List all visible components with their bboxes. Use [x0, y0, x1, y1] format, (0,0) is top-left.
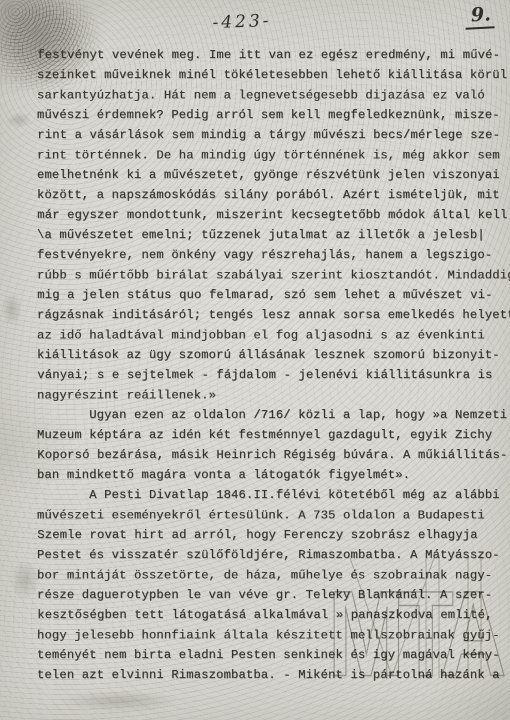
- text-line: teményét nem birta eladni Pesten senkine…: [37, 645, 509, 665]
- typewritten-text: festvényt vevének meg. Ime itt van ez eg…: [37, 45, 509, 685]
- text-line: kesztőségben tett látogatásá alkalmával …: [37, 605, 509, 625]
- text-line: művészeti eseményekről értesülünk. A 735…: [37, 505, 509, 525]
- text-line: telen azt elvinni Rimaszombatba. - Mikén…: [37, 665, 509, 685]
- text-line: Ugyan ezen az oldalon /716/ közli a lap,…: [37, 405, 509, 425]
- text-line: már egyszer mondottunk, miszerint kecseg…: [37, 205, 509, 225]
- scan-smudge: [2, 292, 22, 326]
- text-line: \a művészetet emelni; tűzzenek jutalmat …: [37, 225, 509, 245]
- text-line: nagyrészint reáillenek.»: [37, 385, 509, 405]
- text-line: emelhetnénk ki a művészetet, gyönge rész…: [37, 165, 509, 185]
- text-line: rint a vásárlások sem mindig a tárgy műv…: [37, 125, 509, 145]
- text-line: művészi érdemnek? Pedig arról sem kell m…: [37, 105, 509, 125]
- text-line: kiállitások az ügy szomorú állásának les…: [37, 345, 509, 365]
- text-line: A Pesti Divatlap 1846.II.félévi kötetébő…: [37, 485, 509, 505]
- text-line: festvényekre, nem önkény vagy részrehajl…: [37, 245, 509, 265]
- text-line: az idő haladtával mindjobban el fog alja…: [37, 325, 509, 345]
- text-line: rint történnek. De ha mindig úgy történn…: [37, 145, 509, 165]
- page-number-handwritten: 9.: [465, 3, 495, 29]
- text-line: Szemle rovat hirt ad arról, hogy Ferencz…: [37, 525, 509, 545]
- text-line: bor mintáját összetörte, de háza, műhely…: [37, 565, 509, 585]
- text-line: mig a jelen státus quo felmarad, szó sem…: [37, 285, 509, 305]
- text-line: rúbb s műértőbb birálat szabályai szerin…: [37, 265, 509, 285]
- text-line: ban mindkettő magára vonta a látogatók f…: [37, 465, 509, 485]
- page-number-center: -423-: [182, 10, 303, 34]
- scan-smudge: [60, 690, 180, 712]
- text-line: rágzásnak inditásáról; tengés lesz annak…: [37, 305, 509, 325]
- text-line: sarkantyúzhatja. Hát nem a legnevetséges…: [37, 85, 509, 105]
- text-line: Muzeum képtára az idén két festménnyel g…: [37, 425, 509, 445]
- text-line: része daguerotypben le van véve gr. Tele…: [37, 585, 509, 605]
- text-line: szeinket műveiknek minél tökéletesebben …: [37, 65, 509, 85]
- text-line: ványai; s e sejtelmek - fájdalom - jelen…: [37, 365, 509, 385]
- text-line: hogy jelesebb honnfiaink általa készitet…: [37, 625, 509, 645]
- text-line: Koporsó bezárása, másik Heinrich Régiség…: [37, 445, 509, 465]
- scan-smudge: [6, 112, 32, 128]
- scanned-document-page: -423- 9. festvényt vevének meg. Ime itt …: [0, 0, 510, 720]
- text-line: festvényt vevének meg. Ime itt van ez eg…: [37, 45, 509, 65]
- scan-smudge: [10, 560, 40, 600]
- text-line: között, a napszámoskódás silány porából.…: [37, 185, 509, 205]
- text-line: Pestet és visszatér szülőföldjére, Rimas…: [37, 545, 509, 565]
